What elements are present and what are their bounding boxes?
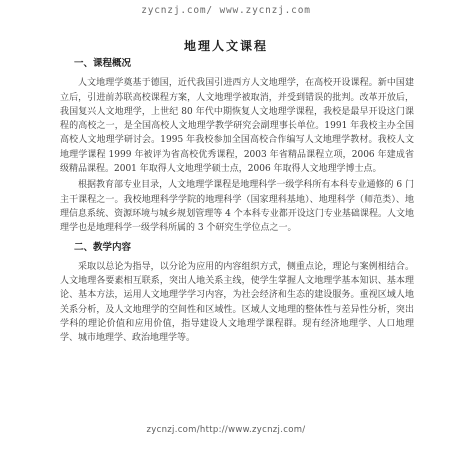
paragraph-course-catalog: 根据教育部专业目录，人文地理学课程是地理科学一级学科所有本科专业通修的 6 门主… xyxy=(60,178,414,235)
section-heading-course-overview: 一、课程概况 xyxy=(60,57,414,71)
document-page: zycnzj.com/ www.zycnzj.com zycnzj.com/ w… xyxy=(0,0,452,452)
document-body: 一、课程概况 人文地理学奠基于德国，近代我国引进西方人文地理学，在高校开设课程。… xyxy=(60,57,414,346)
section-heading-teaching-content: 二、教学内容 xyxy=(60,241,414,255)
document-title: 地理人文课程 xyxy=(0,37,452,54)
paragraph-course-history: 人文地理学奠基于德国，近代我国引进西方人文地理学，在高校开设课程。新中国建立后，… xyxy=(60,76,414,176)
clipped-text-artifact: zycnzj.com/ www.zycnzj.com xyxy=(180,0,310,4)
page-footer-url: zycnzj.com/http://www.zycnzj.com/ xyxy=(0,425,452,435)
page-header-url: zycnzj.com/ www.zycnzj.com xyxy=(0,5,452,16)
paragraph-teaching-content: 采取以总论为指导，以分论为应用的内容组织方式，侧重点论，理论与案例相结合。人文地… xyxy=(60,260,414,346)
